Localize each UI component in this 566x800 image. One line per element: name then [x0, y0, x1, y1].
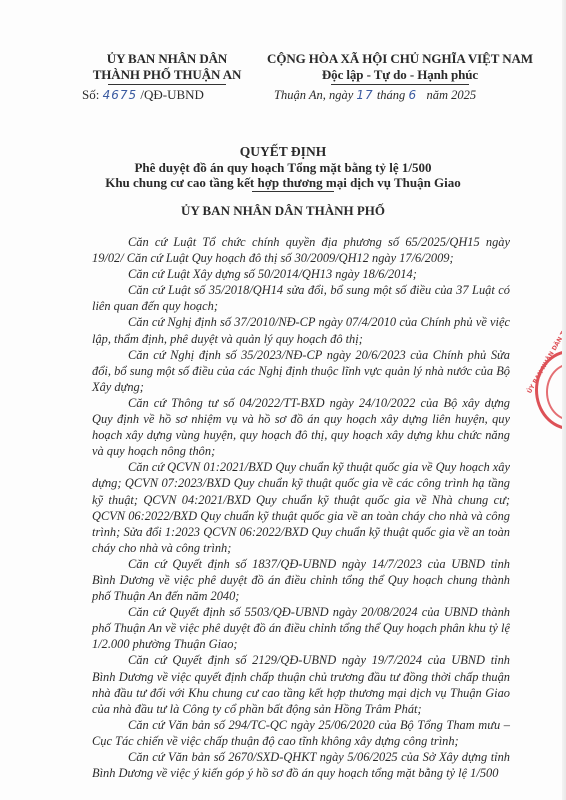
date-prefix: Thuận An, ngày: [274, 88, 353, 102]
legal-basis-paragraph: Căn cứ Luật Xây dựng số 50/2014/QH13 ngà…: [92, 266, 510, 282]
legal-basis-paragraph: Căn cứ Quyết định số 1837/QĐ-UBND ngày 1…: [92, 556, 510, 604]
legal-basis-paragraph: Căn cứ Văn bản số 294/TC-QC ngày 25/06/2…: [92, 717, 510, 749]
motto-underline: [331, 84, 469, 85]
place-and-date: Thuận An, ngày 17 tháng 6 năm 2025: [274, 88, 476, 103]
page-edge-shadow: [562, 0, 566, 800]
decision-subtitle-2: Khu chung cư cao tầng kết hợp thương mại…: [0, 175, 566, 191]
year-label: năm 2025: [426, 88, 476, 102]
legal-basis-paragraph: Căn cứ Thông tư số 04/2022/TT-BXD ngày 2…: [92, 395, 510, 459]
legal-basis-section: Căn cứ Luật Tổ chức chính quyền địa phươ…: [92, 234, 510, 781]
legal-basis-paragraph: Căn cứ QCVN 01:2021/BXD Quy chuẩn kỹ thu…: [92, 459, 510, 556]
legal-basis-paragraph: Căn cứ Quyết định số 2129/QĐ-UBND ngày 1…: [92, 652, 510, 716]
legal-basis-paragraph: Căn cứ Luật Tổ chức chính quyền địa phươ…: [92, 234, 510, 266]
decision-heading: QUYẾT ĐỊNH: [0, 144, 566, 160]
issuing-body: ỦY BAN NHÂN DÂN THÀNH PHỐ: [0, 203, 566, 219]
country-name: CỘNG HÒA XÃ HỘI CHỦ NGHĨA VIỆT NAM: [255, 51, 545, 67]
legal-basis-paragraph: Căn cứ Văn bản số 2670/SXD-QHKT ngày 5/0…: [92, 749, 510, 781]
handwritten-day: 17: [356, 88, 373, 102]
decision-subtitle-1: Phê duyệt đồ án quy hoạch Tổng mặt bằng …: [0, 160, 566, 176]
number-prefix: Số:: [82, 87, 99, 102]
number-suffix: /QĐ-UBND: [140, 87, 204, 102]
title-underline: [252, 191, 334, 192]
legal-basis-paragraph: Căn cứ Quyết định số 5503/QĐ-UBND ngày 2…: [92, 604, 510, 652]
legal-basis-paragraph: Căn cứ Nghị định số 35/2023/NĐ-CP ngày 2…: [92, 347, 510, 395]
month-label: tháng: [377, 88, 405, 102]
authority-line-2: THÀNH PHỐ THUẬN AN: [62, 67, 272, 83]
document-page: ỦY BAN NHÂN DÂN THÀNH PHỐ THUẬN AN Số: 4…: [0, 0, 566, 800]
authority-underline: [108, 84, 226, 85]
authority-line-1: ỦY BAN NHÂN DÂN: [62, 51, 272, 67]
document-number: Số: 4675 /QĐ-UBND: [82, 87, 204, 103]
handwritten-month: 6: [408, 88, 417, 102]
national-motto-header: CỘNG HÒA XÃ HỘI CHỦ NGHĨA VIỆT NAM Độc l…: [255, 51, 545, 85]
legal-basis-paragraph: Căn cứ Nghị định số 37/2010/NĐ-CP ngày 0…: [92, 314, 510, 346]
legal-basis-paragraph: Căn cứ Luật số 35/2018/QH14 sửa đổi, bổ …: [92, 282, 510, 314]
issuing-authority-header: ỦY BAN NHÂN DÂN THÀNH PHỐ THUẬN AN: [62, 51, 272, 85]
handwritten-number: 4675: [103, 88, 138, 102]
motto: Độc lập - Tự do - Hạnh phúc: [255, 67, 545, 83]
